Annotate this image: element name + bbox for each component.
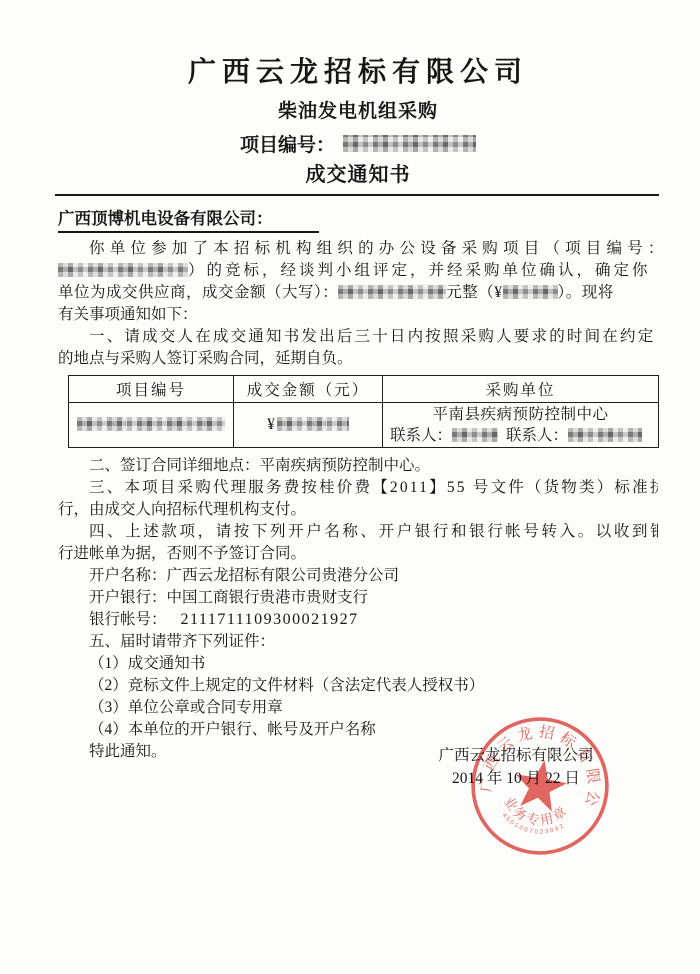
project-number-line: 项目编号：	[58, 130, 658, 156]
contact-2-label: 联系人：	[506, 427, 568, 444]
amount-figures-label: 元整（¥	[446, 284, 502, 301]
term-4-line-1: 四、上述款项，请按下列开户名称、开户银行和银行帐号转入。以收到银	[58, 521, 658, 543]
redacted-project-number-inline	[58, 263, 188, 277]
redacted-amount-figures	[503, 285, 558, 299]
award-table-data-row: ¥ 平南县疾病预防控制中心 联系人：联系人：	[69, 403, 659, 448]
header-divider	[55, 194, 659, 196]
term-4-line-2: 行进帐单为据，否则不予签订合同。	[58, 543, 658, 565]
document-type-title: 成交通知书	[58, 162, 658, 188]
required-document-2: （2）竞标文件上规定的文件材料（含法定代表人授权书）	[58, 675, 658, 697]
cell-amount: ¥	[234, 403, 383, 448]
purchaser-contacts: 联系人：联系人：	[383, 425, 658, 446]
project-number-label: 项目编号：	[240, 130, 335, 157]
col-header-amount: 成交金额（元）	[234, 376, 383, 403]
contact-1-label: 联系人：	[390, 427, 452, 444]
scanned-notice-page: 广西云龙招标有限公司 柴油发电机组采购 项目编号： 成交通知书 广西顶博机电设备…	[0, 0, 700, 974]
amount-words-label: 单位为成交供应商，成交金额（大写）：	[58, 284, 338, 301]
document-body: 广西云龙招标有限公司 柴油发电机组采购 项目编号： 成交通知书 广西顶博机电设备…	[58, 48, 658, 763]
intro-line-4: 有关事项通知如下：	[58, 304, 658, 326]
bank-account-number-line: 银行帐号：2111711109300021927	[58, 609, 658, 631]
intro-line-3-tail: ）。现将	[558, 284, 614, 301]
bank-account-number: 2111711109300021927	[181, 611, 359, 628]
intro-line-2: ）的竞标，经谈判小组评定，并经采购单位确认，确定你	[58, 260, 658, 282]
company-seal: 广西云龙招标有限公司 业务专用章 4501007023062	[452, 698, 628, 874]
redacted-table-project-no	[77, 417, 225, 431]
intro-line-2-text: ）的竞标，经谈判小组评定，并经采购单位确认，确定你	[188, 262, 651, 279]
col-header-project-no: 项目编号	[69, 376, 234, 403]
redacted-project-number	[343, 135, 476, 152]
project-name: 柴油发电机组采购	[58, 99, 658, 125]
bank-name: 开户银行：中国工商银行贵港市贵财支行	[58, 587, 658, 609]
recipient-line: 广西顶博机电设备有限公司：	[58, 207, 658, 233]
term-3-line-2: 行，由成交人向招标代理机构支付。	[58, 499, 658, 521]
purchaser-name: 平南县疾病预防控制中心	[383, 404, 658, 425]
page-title: 广西云龙招标有限公司	[58, 54, 658, 90]
bank-account-number-label: 银行帐号：	[89, 611, 167, 628]
term-2: 二、签订合同详细地点：平南疾病预防控制中心。	[58, 455, 658, 477]
required-document-1: （1）成交通知书	[58, 653, 658, 675]
award-table: 项目编号 成交金额（元） 采购单位 ¥ 平南县疾病预防控制中心 联系人：联系人：	[68, 375, 659, 448]
award-table-header-row: 项目编号 成交金额（元） 采购单位	[69, 376, 659, 403]
recipient-name: 广西顶博机电设备有限公司：	[58, 207, 319, 233]
currency-symbol: ¥	[267, 416, 275, 433]
term-5: 五、届时请带齐下列证件：	[58, 631, 658, 653]
term-3-line-1: 三、本项目采购代理服务费按桂价费【2011】55 号文件（货物类）标准执	[58, 477, 658, 499]
redacted-contact-phone	[568, 428, 642, 442]
term-1-line-2: 的地点与采购人签订采购合同，延期自负。	[58, 348, 658, 370]
redacted-table-amount	[277, 417, 349, 431]
bank-account-name: 开户名称：广西云龙招标有限公司贵港分公司	[58, 565, 658, 587]
col-header-purchaser: 采购单位	[383, 376, 659, 403]
cell-project-no	[69, 403, 234, 448]
redacted-amount-words	[338, 285, 446, 299]
intro-line-1: 你单位参加了本招标机构组织的办公设备采购项目（项目编号：	[58, 238, 658, 260]
intro-line-3: 单位为成交供应商，成交金额（大写）：元整（¥）。现将	[58, 282, 658, 304]
cell-purchaser: 平南县疾病预防控制中心 联系人：联系人：	[383, 403, 659, 448]
redacted-contact-name	[452, 428, 498, 442]
term-1-line-1: 一、请成交人在成交通知书发出后三十日内按照采购人要求的时间在约定	[58, 326, 658, 348]
